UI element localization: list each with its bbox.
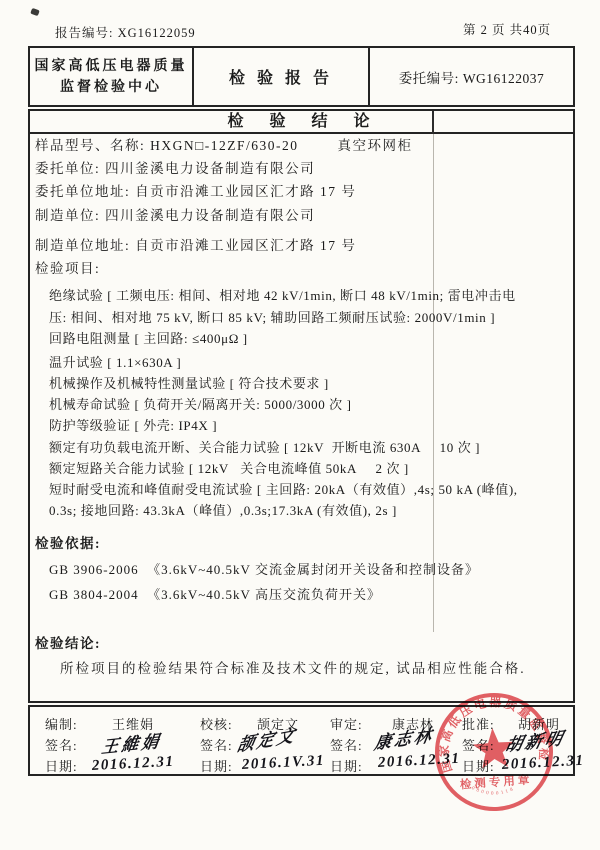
info-line-sample: 样品型号、名称: HXGN□-12ZF/630-20 真空环网柜 [35, 137, 413, 154]
sign-label: 签名: [45, 735, 78, 754]
conclusion-section-title: 检 验 结 论 [30, 111, 573, 134]
date-handwriting: 2016.1V.31 [242, 753, 326, 774]
basis-line: GB 3906-2006 《3.6kV~40.5kV 交流金属封闭开关设备和控制… [49, 561, 479, 578]
test-item-line: 压: 相间、相对地 75 kV, 断口 85 kV; 辅助回路工频耐压试验: 2… [49, 309, 495, 326]
org-name-line2: 监督检验中心 [60, 77, 162, 98]
test-item-line: 防护等级验证 [ 外壳: IP4X ] [49, 417, 217, 434]
basis-title: 检验依据: [35, 535, 101, 552]
test-item-line: 额定短路关合能力试验 [ 12kV 关合电流峰值 50kA 2 次 ] [49, 460, 409, 477]
info-line-manufacturer-address: 制造单位地址: 自贡市沿滩工业园区汇才路 17 号 [35, 237, 356, 254]
report-page: 报告编号: XG16122059 第 2 页 共40页 国家高低压电器质量 监督… [0, 0, 600, 850]
report-title-cell: 检 验 报 告 [194, 48, 370, 105]
sign-label: 签名: [200, 735, 233, 754]
ink-speck [30, 8, 40, 16]
test-item-line: 短时耐受电流和峰值耐受电流试验 [ 主回路: 20kA（有效值）,4s; 50 … [49, 481, 518, 498]
test-item-line: 温升试验 [ 1.1×630A ] [49, 354, 181, 371]
seal-stamp: 国家高低压电器质量监督检验中心 检测专用章 82080000118 [419, 677, 568, 826]
info-line-test-items-label: 检验项目: [35, 260, 100, 277]
sign-label: 签名: [330, 735, 363, 754]
test-item-line: 机械寿命试验 [ 负荷开关/隔离开关: 5000/3000 次 ] [49, 396, 352, 413]
org-name-line1: 国家高低压电器质量 [35, 56, 188, 77]
role-label: 审定: [330, 714, 363, 733]
org-name-cell: 国家高低压电器质量 监督检验中心 [30, 48, 194, 105]
test-item-line: 回路电阻测量 [ 主回路: ≤400μΩ ] [49, 330, 248, 347]
header-table: 国家高低压电器质量 监督检验中心 检 验 报 告 委托编号: WG1612203… [28, 46, 575, 107]
info-line-consigner-address: 委托单位地址: 自贡市沿滩工业园区汇才路 17 号 [35, 183, 356, 200]
column-divider [432, 111, 434, 134]
page-indicator: 第 2 页 共40页 [463, 22, 551, 39]
date-label: 日期: [200, 756, 233, 775]
test-item-line: 0.3s; 接地回路: 43.3kA（峰值）,0.3s;17.3kA (有效值)… [49, 502, 397, 519]
test-item-line: 机械操作及机械特性测量试验 [ 符合技术要求 ] [49, 375, 329, 392]
test-item-line: 绝缘试验 [ 工频电压: 相间、相对地 42 kV/1min, 断口 48 kV… [49, 287, 516, 304]
conclusion-label: 检验结论: [35, 635, 101, 652]
info-line-consigner: 委托单位: 四川釜溪电力设备制造有限公司 [35, 160, 315, 177]
info-line-manufacturer: 制造单位: 四川釜溪电力设备制造有限公司 [35, 207, 315, 224]
conclusion-statement: 所检项目的检验结果符合标准及技术文件的规定, 试品相应性能合格. [60, 660, 526, 677]
date-label: 日期: [330, 756, 363, 775]
stamp-star [471, 727, 515, 770]
column-divider-faint [433, 134, 434, 632]
conclusion-table: 检 验 结 论 样品型号、名称: HXGN□-12ZF/630-20 真空环网柜… [28, 109, 575, 703]
consign-number-cell: 委托编号: WG16122037 [370, 48, 573, 105]
signature-handwriting: 颉定文 [235, 720, 300, 757]
role-label: 校核: [200, 714, 233, 733]
role-label: 编制: [45, 714, 78, 733]
date-label: 日期: [45, 756, 78, 775]
test-item-line: 额定有功负载电流开断、关合能力试验 [ 12kV 开断电流 630A 10 次 … [49, 439, 480, 456]
signature-handwriting: 王維娟 [100, 726, 163, 758]
basis-line: GB 3804-2004 《3.6kV~40.5kV 高压交流负荷开关》 [49, 586, 381, 603]
date-handwriting: 2016.12.31 [92, 754, 175, 775]
report-number: 报告编号: XG16122059 [55, 25, 196, 42]
